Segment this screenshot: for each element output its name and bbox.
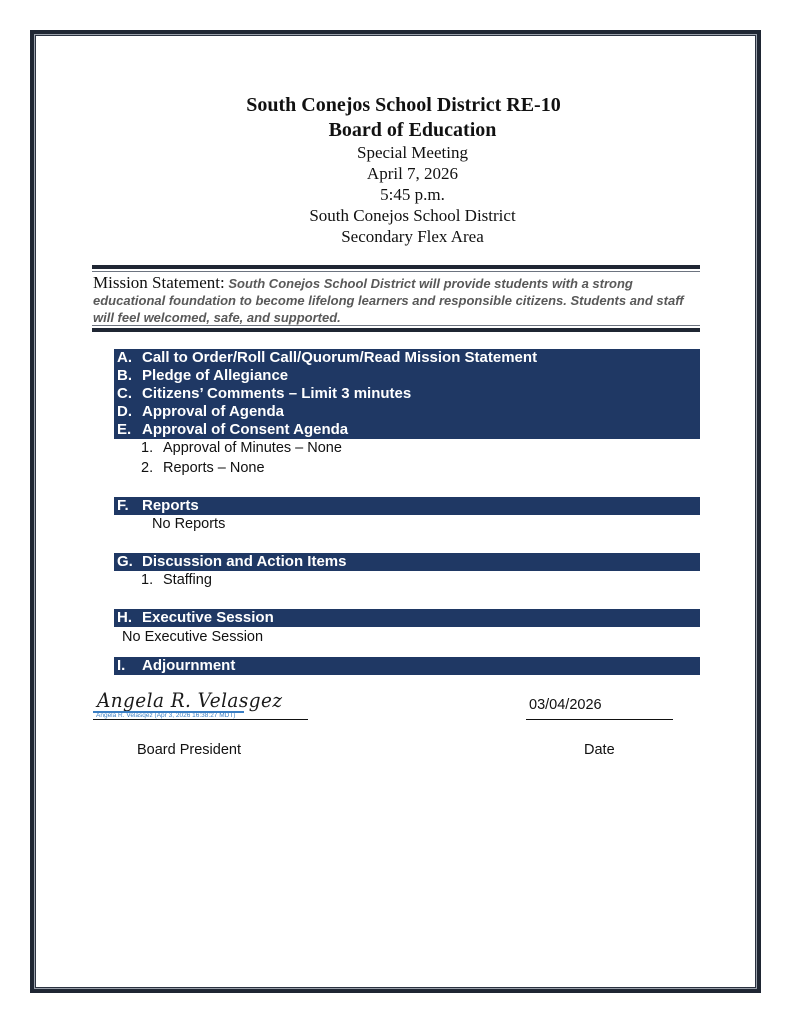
agenda-item-g: G. Discussion and Action Items xyxy=(114,553,700,571)
date-line xyxy=(526,719,673,720)
signature-script: Angela R. Velasgez xyxy=(97,688,282,712)
mission-bottom-rule xyxy=(92,328,700,332)
meeting-time: 5:45 p.m. xyxy=(34,184,791,205)
board-name: Board of Education xyxy=(34,118,791,142)
meeting-header: South Conejos School District RE-10 Boar… xyxy=(0,92,791,247)
consent-item-1: 1.Approval of Minutes – None xyxy=(141,439,342,457)
reports-note: No Reports xyxy=(152,515,225,533)
agenda-item-h: H. Executive Session xyxy=(114,609,700,627)
agenda-block-a-e: A. Call to Order/Roll Call/Quorum/Read M… xyxy=(114,349,700,439)
discussion-item-1: 1.Staffing xyxy=(141,571,212,589)
date-caption: Date xyxy=(584,742,615,758)
agenda-item-a: A. Call to Order/Roll Call/Quorum/Read M… xyxy=(114,349,700,367)
meeting-location: South Conejos School District xyxy=(34,205,791,226)
signature-date: 03/04/2026 xyxy=(529,697,602,713)
mission-label: Mission Statement: xyxy=(93,273,225,292)
mission-top-rule-thin xyxy=(92,271,700,272)
mission-statement: Mission Statement: South Conejos School … xyxy=(93,274,703,326)
meeting-room: Secondary Flex Area xyxy=(34,226,791,247)
agenda-item-c: C. Citizens’ Comments – Limit 3 minutes xyxy=(114,385,700,403)
consent-item-2: 2.Reports – None xyxy=(141,459,265,477)
agenda-item-i: I. Adjournment xyxy=(114,657,700,675)
agenda-item-d: D. Approval of Agenda xyxy=(114,403,700,421)
meeting-type: Special Meeting xyxy=(34,142,791,163)
district-name: South Conejos School District RE-10 xyxy=(16,92,791,118)
agenda-item-f: F. Reports xyxy=(114,497,700,515)
mission-top-rule xyxy=(92,265,700,269)
agenda-item-e: E. Approval of Consent Agenda xyxy=(114,421,700,439)
meeting-date: April 7, 2026 xyxy=(34,163,791,184)
signature-caption: Board President xyxy=(137,742,241,758)
signature-line xyxy=(93,719,308,720)
signature-timestamp: Angela R. Velasqez (Apr 3, 2026 16:38:27… xyxy=(96,712,235,719)
agenda-item-b: B. Pledge of Allegiance xyxy=(114,367,700,385)
executive-note: No Executive Session xyxy=(122,628,263,646)
mission-bottom-rule-thin xyxy=(92,325,700,326)
